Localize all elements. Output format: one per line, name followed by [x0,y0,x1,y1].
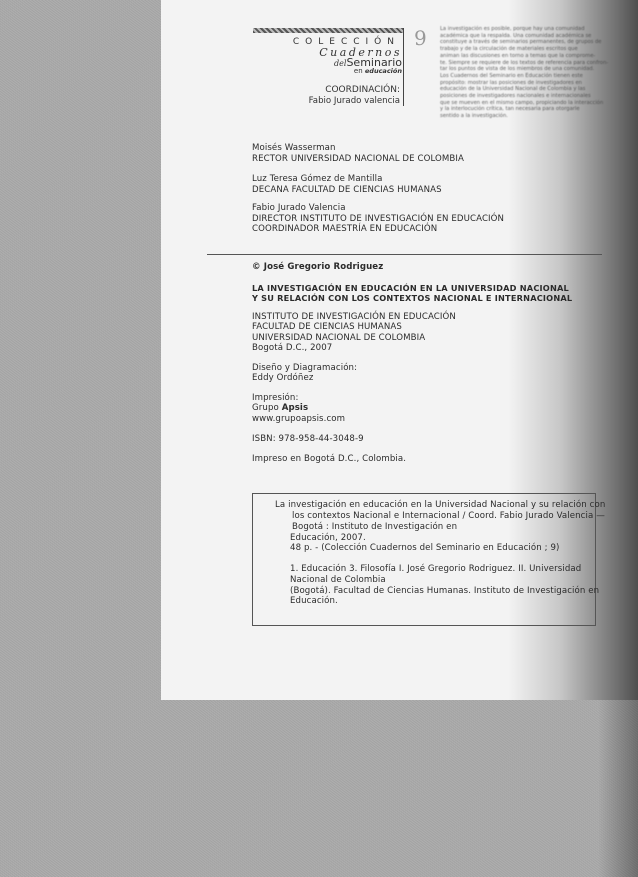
blurb-line: sentido a la investigación. [440,113,630,120]
series-del: del [334,59,346,68]
publisher-line: Bogotá D.C., 2007 [252,343,332,354]
blurb-line: tar los puntos de vista de los miembros … [440,66,630,73]
collection-blurb: La investigación es posible, porque hay … [440,26,630,120]
authority-name: Luz Teresa Gómez de Mantilla [252,174,383,185]
catalog-line: 48 p. - (Colección Cuadernos del Seminar… [290,543,560,554]
authority-name: Moisés Wasserman [252,143,336,154]
isbn: ISBN: 978-958-44-3048-9 [252,434,364,445]
blurb-line: animan las discusiones en torno a temas … [440,53,630,60]
coordination-label: COORDINACIÓN: [325,85,400,95]
printer-website: www.grupoapsis.com [252,414,345,425]
blurb-line: te. Siempre se requiere de los textos de… [440,60,630,67]
collection-pattern-bar [253,28,403,33]
catalog-line: La investigación en educación en la Univ… [275,500,605,511]
catalog-subject-line: 1. Educación 3. Filosofía I. José Gregor… [290,564,581,575]
blurb-line: La investigación es posible, porque hay … [440,26,630,33]
catalog-subject-line: Nacional de Colombia [290,575,386,586]
designer-name: Eddy Ordóñez [252,373,313,384]
catalog-line: Bogotá : Instituto de Investigación en [292,522,457,533]
series-en: en [354,67,363,75]
coordinator-name: Fabio Jurado valencia [309,96,400,106]
catalog-subject-line: Educación. [290,596,338,607]
section-divider [207,254,602,255]
series-title-educacion: en educación [354,67,402,75]
series-educacion: educación [365,67,402,75]
authority-role: DECANA FACULTAD DE CIENCIAS HUMANAS [252,185,442,196]
publisher-line: FACULTAD DE CIENCIAS HUMANAS [252,322,402,333]
copyright-line: © José Gregorio Rodriguez [252,262,383,273]
printed-in: Impreso en Bogotá D.C., Colombia. [252,454,406,465]
catalog-line: los contextos Nacional e Internacional /… [292,511,605,522]
printer-brand: Apsis [282,403,308,413]
authority-role: RECTOR UNIVERSIDAD NACIONAL DE COLOMBIA [252,154,464,165]
blurb-line: posiciones de investigadores nacionales … [440,93,630,100]
authority-name: Fabio Jurado Valencia [252,203,346,214]
printer-name: Grupo Apsis [252,403,308,414]
scanner-edge-shadow [598,700,638,877]
collection-number: 9 [414,26,427,50]
collection-divider [403,28,404,106]
blurb-line: Los Cuadernos del Seminario en Educación… [440,73,630,80]
printer-prefix: Grupo [252,403,282,413]
authority-role: COORDINADOR MAESTRÍA EN EDUCACIÓN [252,224,437,235]
book-title-line: Y SU RELACIÓN CON LOS CONTEXTOS NACIONAL… [252,293,572,304]
blurb-line: trabajo y de la circulación de materiale… [440,46,630,53]
blurb-line: educación de la Universidad Nacional de … [440,86,630,93]
